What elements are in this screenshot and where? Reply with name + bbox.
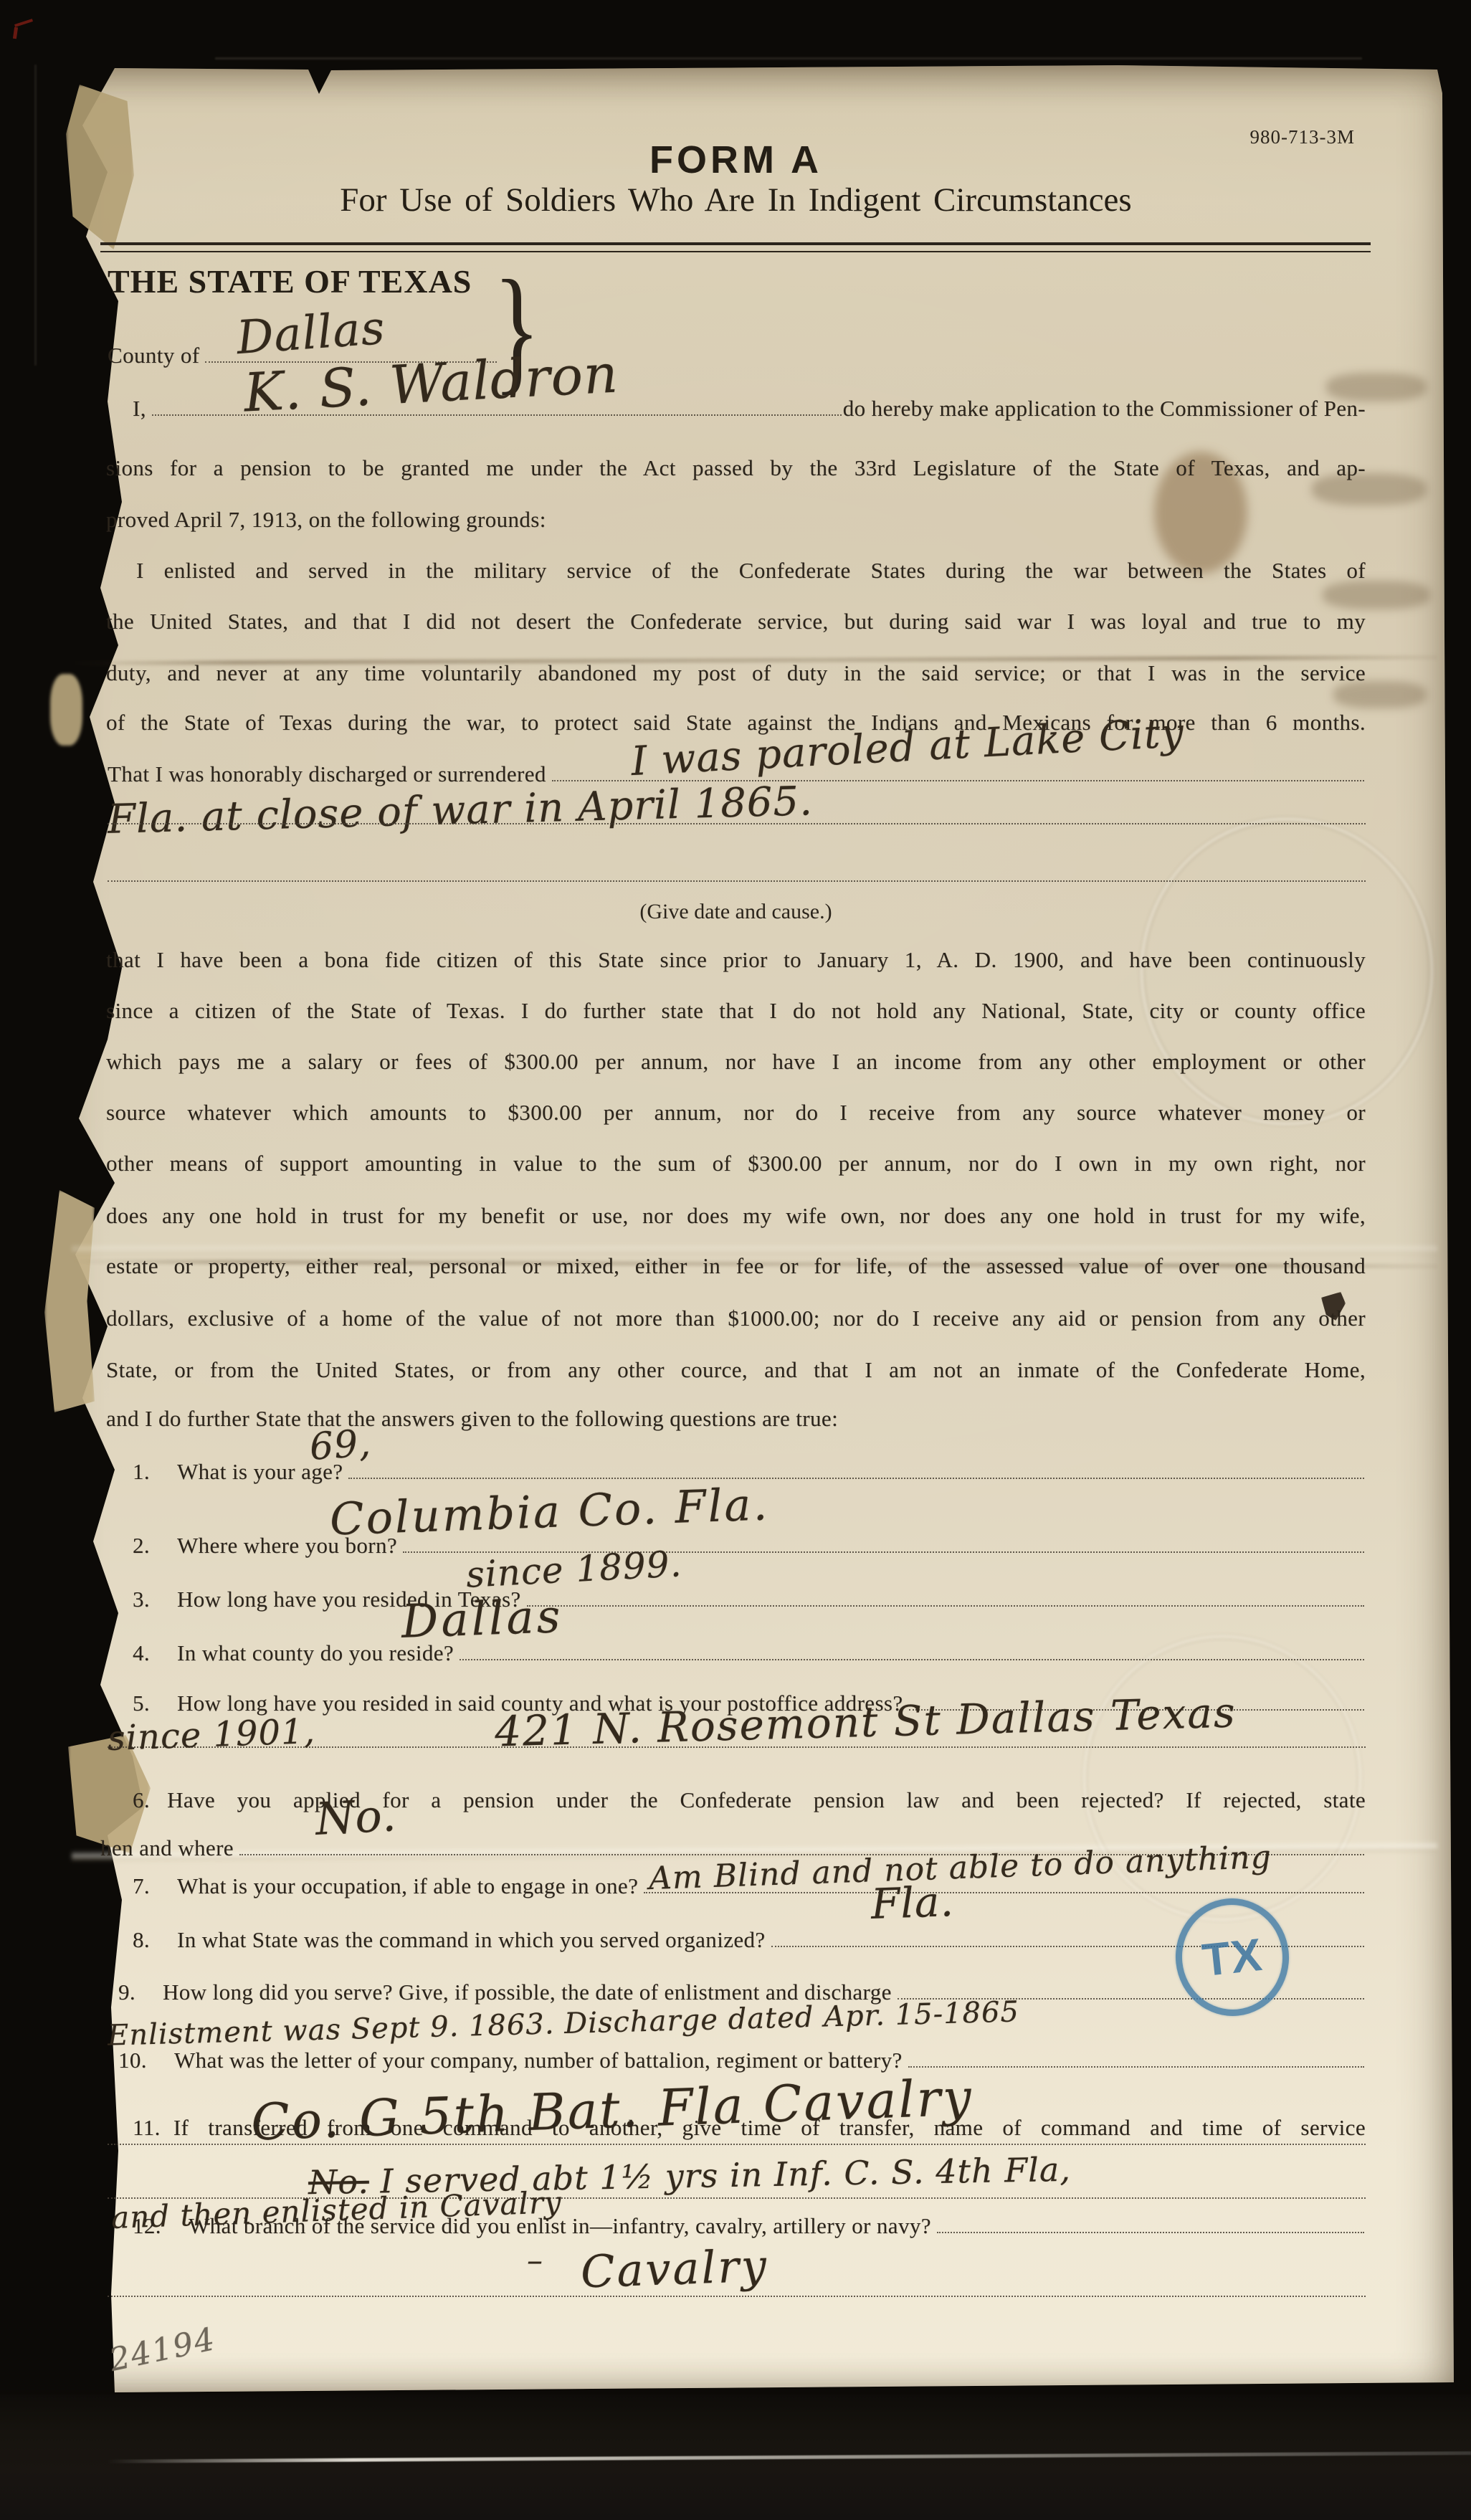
answer-5a: since 1901, [107, 1711, 316, 1759]
question-number: 1. [133, 1459, 177, 1485]
answer-line [460, 1659, 1364, 1660]
answer-4: Dallas [401, 1590, 564, 1649]
date-cause-caption: (Give date and cause.) [106, 900, 1366, 924]
header-rule [100, 242, 1371, 252]
answer-6: No. [314, 1789, 398, 1845]
intro-line: do hereby make application to the Commis… [843, 396, 1366, 422]
fold-crease-light [72, 1244, 1437, 1254]
question-12: 12. What branch of the service did you e… [133, 2213, 1366, 2239]
blank-line [108, 823, 1366, 824]
ink-bleed-smudge [1323, 581, 1430, 609]
citizen-line: estate or property, either real, persona… [106, 1253, 1366, 1279]
citizen-line: and I do further State that the answers … [106, 1406, 1366, 1432]
answer-line [108, 2296, 1366, 2297]
grounds-line: I enlisted and served in the military se… [106, 558, 1366, 584]
grounds-line: the United States, and that I did not de… [106, 609, 1366, 634]
intro-line: proved April 7, 1913, on the following g… [106, 507, 1366, 533]
torn-edge-patch [50, 674, 82, 746]
answer-8: Fla. [870, 1877, 955, 1929]
citizen-line: source whatever which amounts to $300.00… [106, 1100, 1366, 1126]
question-6: 6.Have you applied for a pension under t… [106, 1787, 1366, 1813]
answer-line [937, 2232, 1364, 2233]
red-mark [13, 19, 37, 40]
form-title: For Use of Soldiers Who Are In Indigent … [106, 181, 1366, 219]
mat-edge-highlight-top [215, 57, 1362, 60]
discharge-label: That I was honorably discharged or surre… [108, 761, 546, 787]
answer-line [908, 2066, 1364, 2068]
citizen-line: State, or from the United States, or fro… [106, 1357, 1366, 1383]
intro-line: sions for a pension to be granted me und… [106, 455, 1366, 481]
question-4: 4. In what county do you reside? [133, 1640, 1366, 1666]
question-10: 10. What was the letter of your company,… [118, 2048, 1366, 2073]
answer-line [527, 1605, 1364, 1607]
question-11: 11.If transferred from one command to an… [106, 2115, 1366, 2141]
blank-line [108, 880, 1366, 882]
torn-edge-patch [44, 1190, 95, 1412]
mat-edge-highlight-left [34, 65, 37, 366]
answer-12: Cavalry [580, 2239, 769, 2298]
state-heading: THE STATE OF TEXAS [108, 262, 472, 300]
question-2: 2. Where where you born? [133, 1533, 1366, 1559]
answer-line [348, 1478, 1364, 1479]
citizen-line: other means of support amounting in valu… [106, 1151, 1366, 1176]
applicant-prefix: I, [133, 396, 146, 422]
form-label: FORM A [106, 138, 1366, 182]
county-label: County of [108, 343, 199, 369]
answer-1: 69, [308, 1422, 373, 1469]
citizen-line: that I have been a bona fide citizen of … [106, 947, 1366, 973]
answer-12-dash: – [527, 2243, 543, 2279]
citizen-line: does any one hold in trust for my benefi… [106, 1203, 1366, 1229]
citizen-line: which pays me a salary or fees of $300.0… [106, 1049, 1366, 1075]
citizen-line: dollars, exclusive of a home of the valu… [106, 1306, 1366, 1331]
question-9: 9. How long did you serve? Give, if poss… [118, 1979, 1366, 2005]
question-3: 3. How long have you resided in Texas? [133, 1587, 1366, 1612]
citizen-line: since a citizen of the State of Texas. I… [106, 998, 1366, 1024]
scanned-document-photo: 980-713-3M FORM A For Use of Soldiers Wh… [0, 0, 1471, 2520]
grounds-line: duty, and never at any time voluntarily … [106, 660, 1366, 686]
